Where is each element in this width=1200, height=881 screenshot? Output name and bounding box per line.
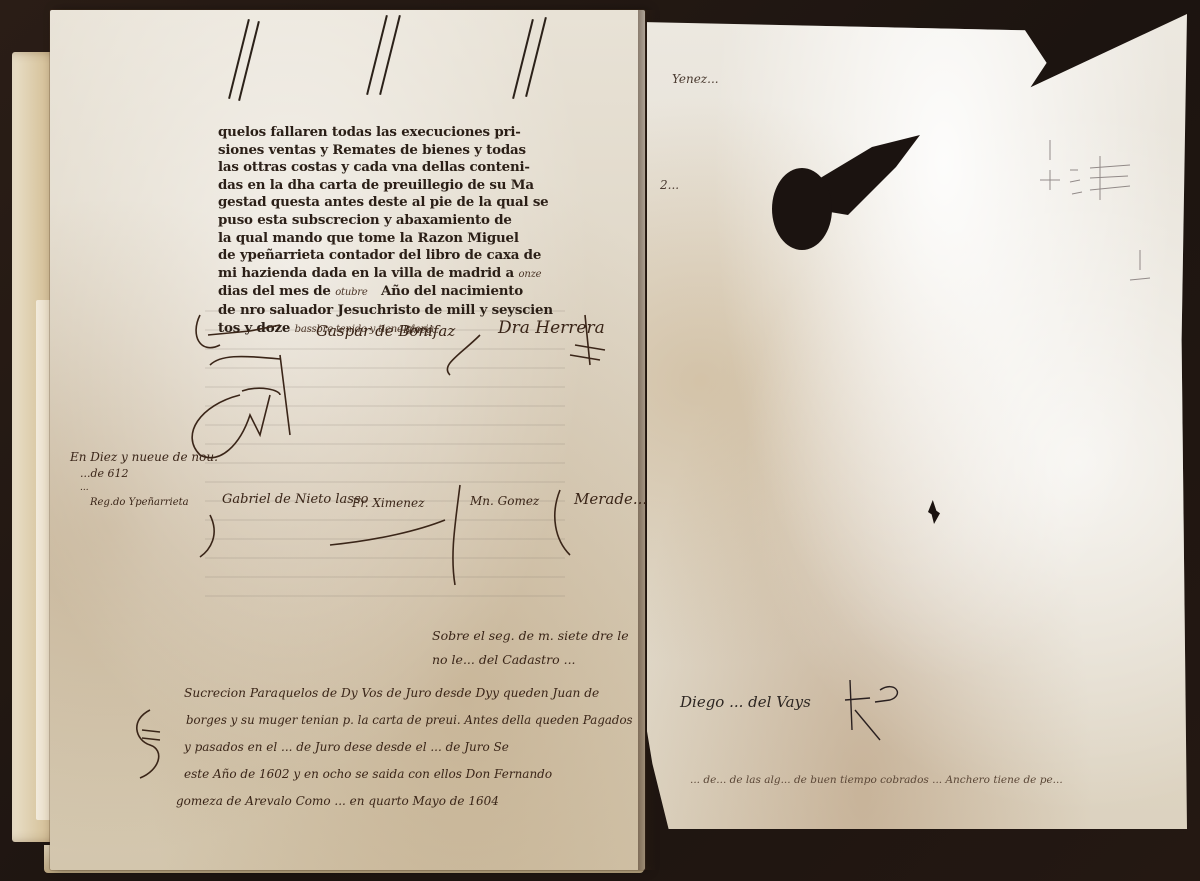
paragraph-flourish xyxy=(120,700,180,790)
note-line: no le... del Cadastro ... xyxy=(432,652,576,667)
margin-note-line: ... xyxy=(80,483,89,493)
text-line: siones ventas y Remates de bienes y toda… xyxy=(218,142,628,160)
rubric-flourish xyxy=(840,670,920,750)
margin-mark: 2... xyxy=(660,178,679,192)
top-note: Yenez... xyxy=(672,72,719,86)
note-line: Sucrecion Paraquelos de Dy Vos de Juro d… xyxy=(184,686,599,700)
text-line: de ypeñarrieta contador del libro de cax… xyxy=(218,247,628,265)
signature: Diego ... del Vays xyxy=(680,693,811,711)
text-line: las ottras costas y cada vna dellas cont… xyxy=(218,159,628,177)
text-line: puso esta subscrecion y abaxamiento de xyxy=(218,212,628,230)
note-line: Sobre el seg. de m. siete dre le xyxy=(432,628,629,643)
note-line: gomeza de Arevalo Como ... en quarto May… xyxy=(176,794,499,808)
inline-note: onze xyxy=(519,269,542,280)
note-line: y pasados en el ... de Juro dese desde e… xyxy=(184,740,509,754)
signature-flourishes xyxy=(180,295,640,605)
bottom-note-line: ... de... de las alg... de buen tiempo c… xyxy=(690,774,1130,786)
text-line: la qual mando que tome la Razon Miguel xyxy=(218,230,628,248)
margin-note-line: Reg.do Ypeñarrieta xyxy=(90,497,189,508)
margin-note-line: En Diez y nueue de nou. xyxy=(70,450,218,464)
note-line: este Año de 1602 y en ocho se saida con … xyxy=(184,767,552,781)
text-line: quelos fallaren todas las execuciones pr… xyxy=(218,124,628,142)
parchment-hole xyxy=(772,168,832,250)
margin-note-line: ...de 612 xyxy=(80,467,129,480)
text-line: das en la dha carta de preuillegio de su… xyxy=(218,177,628,195)
tally-marks xyxy=(1030,120,1150,290)
text-line: mi hazienda dada en la villa de madrid a… xyxy=(218,265,628,284)
note-line: borges y su muger tenian p. la carta de … xyxy=(186,713,633,727)
text-line: gestad questa antes deste al pie de la q… xyxy=(218,194,628,212)
